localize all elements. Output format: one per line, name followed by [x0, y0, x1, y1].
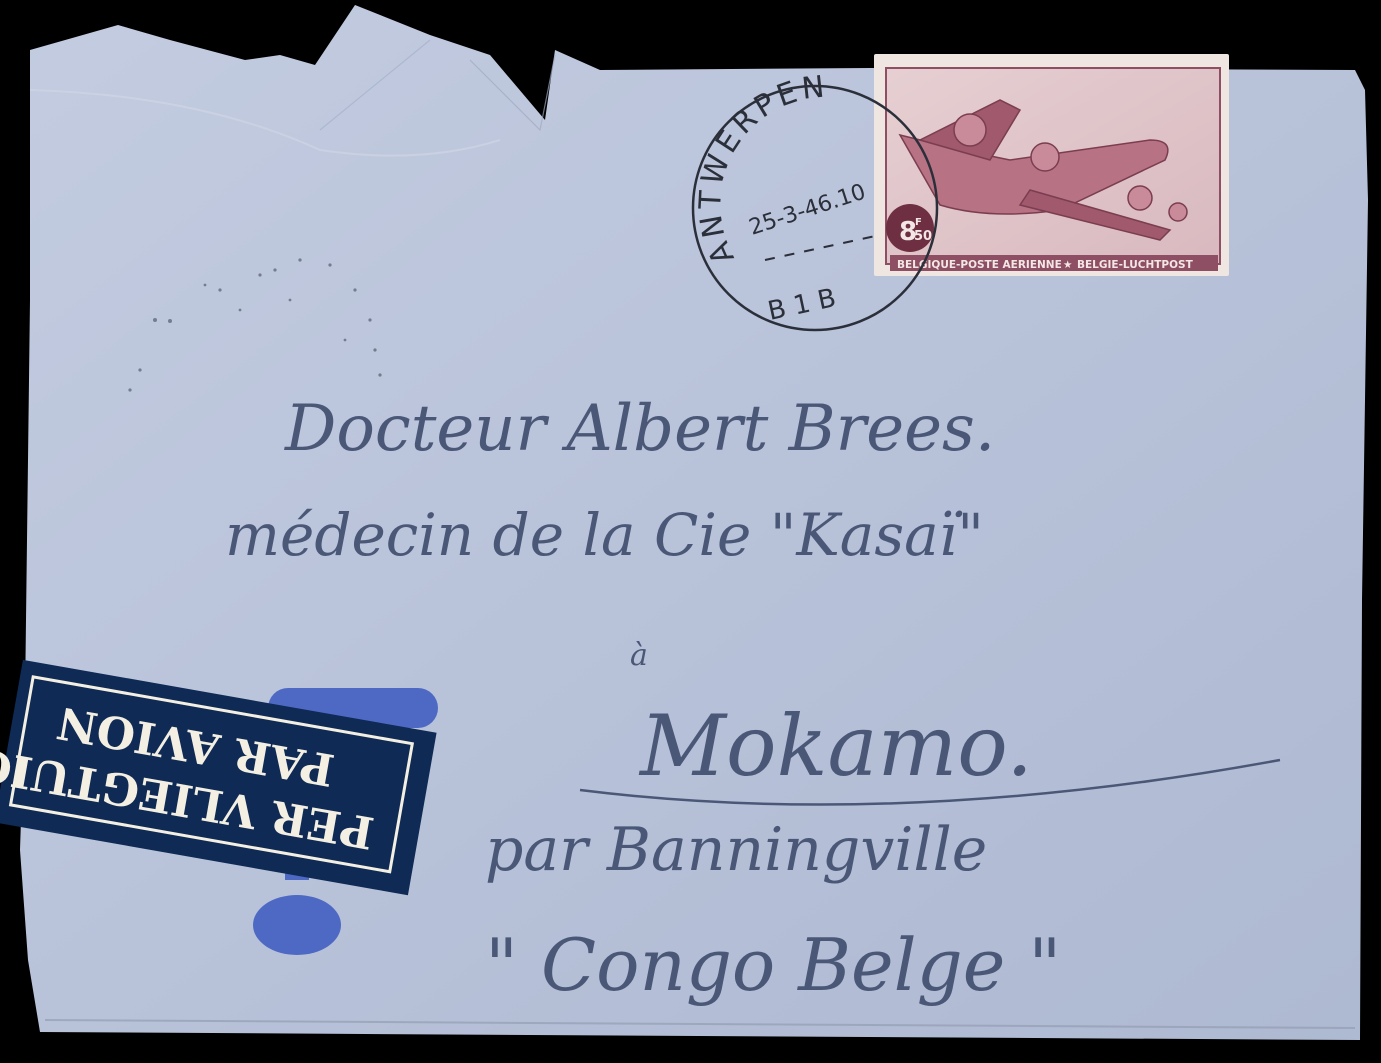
address-line-recipient: Docteur Albert Brees.: [284, 392, 995, 466]
denomination-sub: 50: [914, 229, 932, 244]
envelope-photo: 8 F 50 BELGIQUE-POSTE AERIENNE ★ BELGIE-…: [0, 0, 1381, 1063]
denomination-sup: F: [915, 217, 922, 228]
stamp-country-nl: BELGIE-LUCHTPOST: [1077, 259, 1194, 271]
envelope: 8 F 50 BELGIQUE-POSTE AERIENNE ★ BELGIE-…: [0, 0, 1381, 1063]
address-line-country: " Congo Belge ": [485, 923, 1061, 1007]
address-line-title: médecin de la Cie "Kasaï": [225, 501, 984, 569]
address-line-town: Mokamo.: [638, 697, 1033, 795]
airmail-stamp: 8 F 50 BELGIQUE-POSTE AERIENNE ★ BELGIE-…: [874, 54, 1229, 276]
address-line-via: par Banningville: [485, 815, 987, 885]
stamp-separator: ★: [1063, 259, 1072, 271]
address-line-a: à: [630, 638, 648, 673]
